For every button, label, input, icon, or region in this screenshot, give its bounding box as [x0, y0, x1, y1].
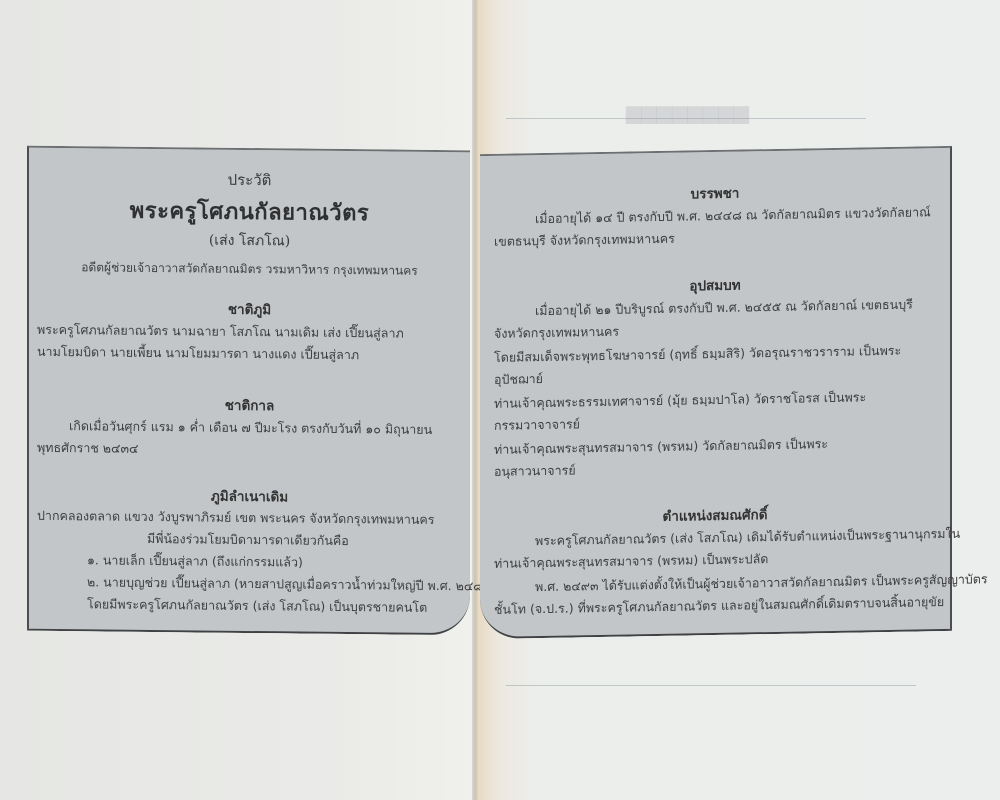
position-line: อดีตผู้ช่วยเจ้าอาวาสวัดกัลยาณมิตร วรมหาว… [29, 258, 470, 282]
text-line: ท่านเจ้าคุณพระสุนทรสมาจาร (พรหม) วัดกัลย… [494, 434, 828, 460]
biography-panel-right: บรรพชา เมื่ออายุได้ ๑๔ ปี ตรงกับปี พ.ศ. … [480, 146, 952, 639]
text-line: เขตธนบุรี จังหวัดกรุงเทพมหานคร [494, 229, 675, 252]
section-heading-birthdate: ชาติกาล [29, 392, 470, 419]
text-line: พุทธศักราช ๒๔๓๔ [37, 438, 139, 459]
title-subtitle: (เส่ง โสภโณ) [29, 228, 470, 255]
text-line: โดยมีสมเด็จพระพุทธโฆษาจารย์ (ฤทธิ์ ธมฺมส… [494, 341, 901, 368]
page-title: พระครูโศภนกัลยาณวัตร [29, 192, 470, 232]
show-through-heading: ▆▆▆▆▆▆▆▆ [626, 100, 749, 124]
text-line: เกิดเมื่อวันศุกร์ แรม ๑ ค่ำ เดือน ๗ ปีมะ… [69, 416, 432, 440]
text-line: พระครูโศภนกัลยาณวัตร นามฉายา โสภโณ นามเด… [37, 320, 404, 344]
text-line: ปากคลองตลาด แขวง วังบูรพาภิรมย์ เขต พระน… [37, 506, 435, 530]
text-line: กรรมวาจาจารย์ [494, 414, 580, 436]
text-line: ๑. นายเล็ก เปี๊ยนสู่ลาภ (ถึงแก่กรรมแล้ว) [87, 550, 303, 572]
text-line: ๒. นายบุญช่วย เปี๊ยนสู่ลาภ (หายสาปสูญเมื… [87, 572, 492, 596]
show-through-rule [506, 118, 866, 119]
text-line: ท่านเจ้าคุณพระธรรมเทศาจารย์ (มุ้ย ธมฺมปา… [494, 387, 866, 413]
text-line: มีพี่น้องร่วมโยมบิดามารดาเดียวกันคือ [147, 529, 349, 551]
book-gutter [472, 0, 478, 800]
show-through-rule-bottom [506, 685, 916, 686]
heading-biography: ประวัติ [29, 166, 470, 195]
text-line: เมื่ออายุได้ ๒๑ ปีบริบูรณ์ ตรงกับปี พ.ศ.… [535, 295, 913, 322]
section-heading-hometown: ภูมิลำเนาเดิม [29, 483, 470, 510]
text-line: ท่านเจ้าคุณพระสุนทรสมาจาร (พรหม) เป็นพระ… [494, 549, 768, 574]
text-line: อุปัชฌาย์ [494, 369, 543, 390]
text-line: อนุสาวนาจารย์ [494, 460, 576, 481]
text-line: นามโยมบิดา นายเพี้ยน นามโยมมารดา นางแดง … [37, 342, 359, 365]
text-line: จังหวัดกรุงเทพมหานคร [494, 322, 619, 344]
biography-panel-left: ประวัติ พระครูโศภนกัลยาณวัตร (เส่ง โสภโณ… [27, 146, 470, 636]
section-heading-birthplace: ชาติภูมิ [29, 296, 470, 323]
text-line: เมื่ออายุได้ ๑๔ ปี ตรงกับปี พ.ศ. ๒๔๔๘ ณ … [535, 202, 931, 229]
text-line: โดยมีพระครูโศภนกัลยาณวัตร (เส่ง โสภโณ) เ… [87, 594, 427, 618]
